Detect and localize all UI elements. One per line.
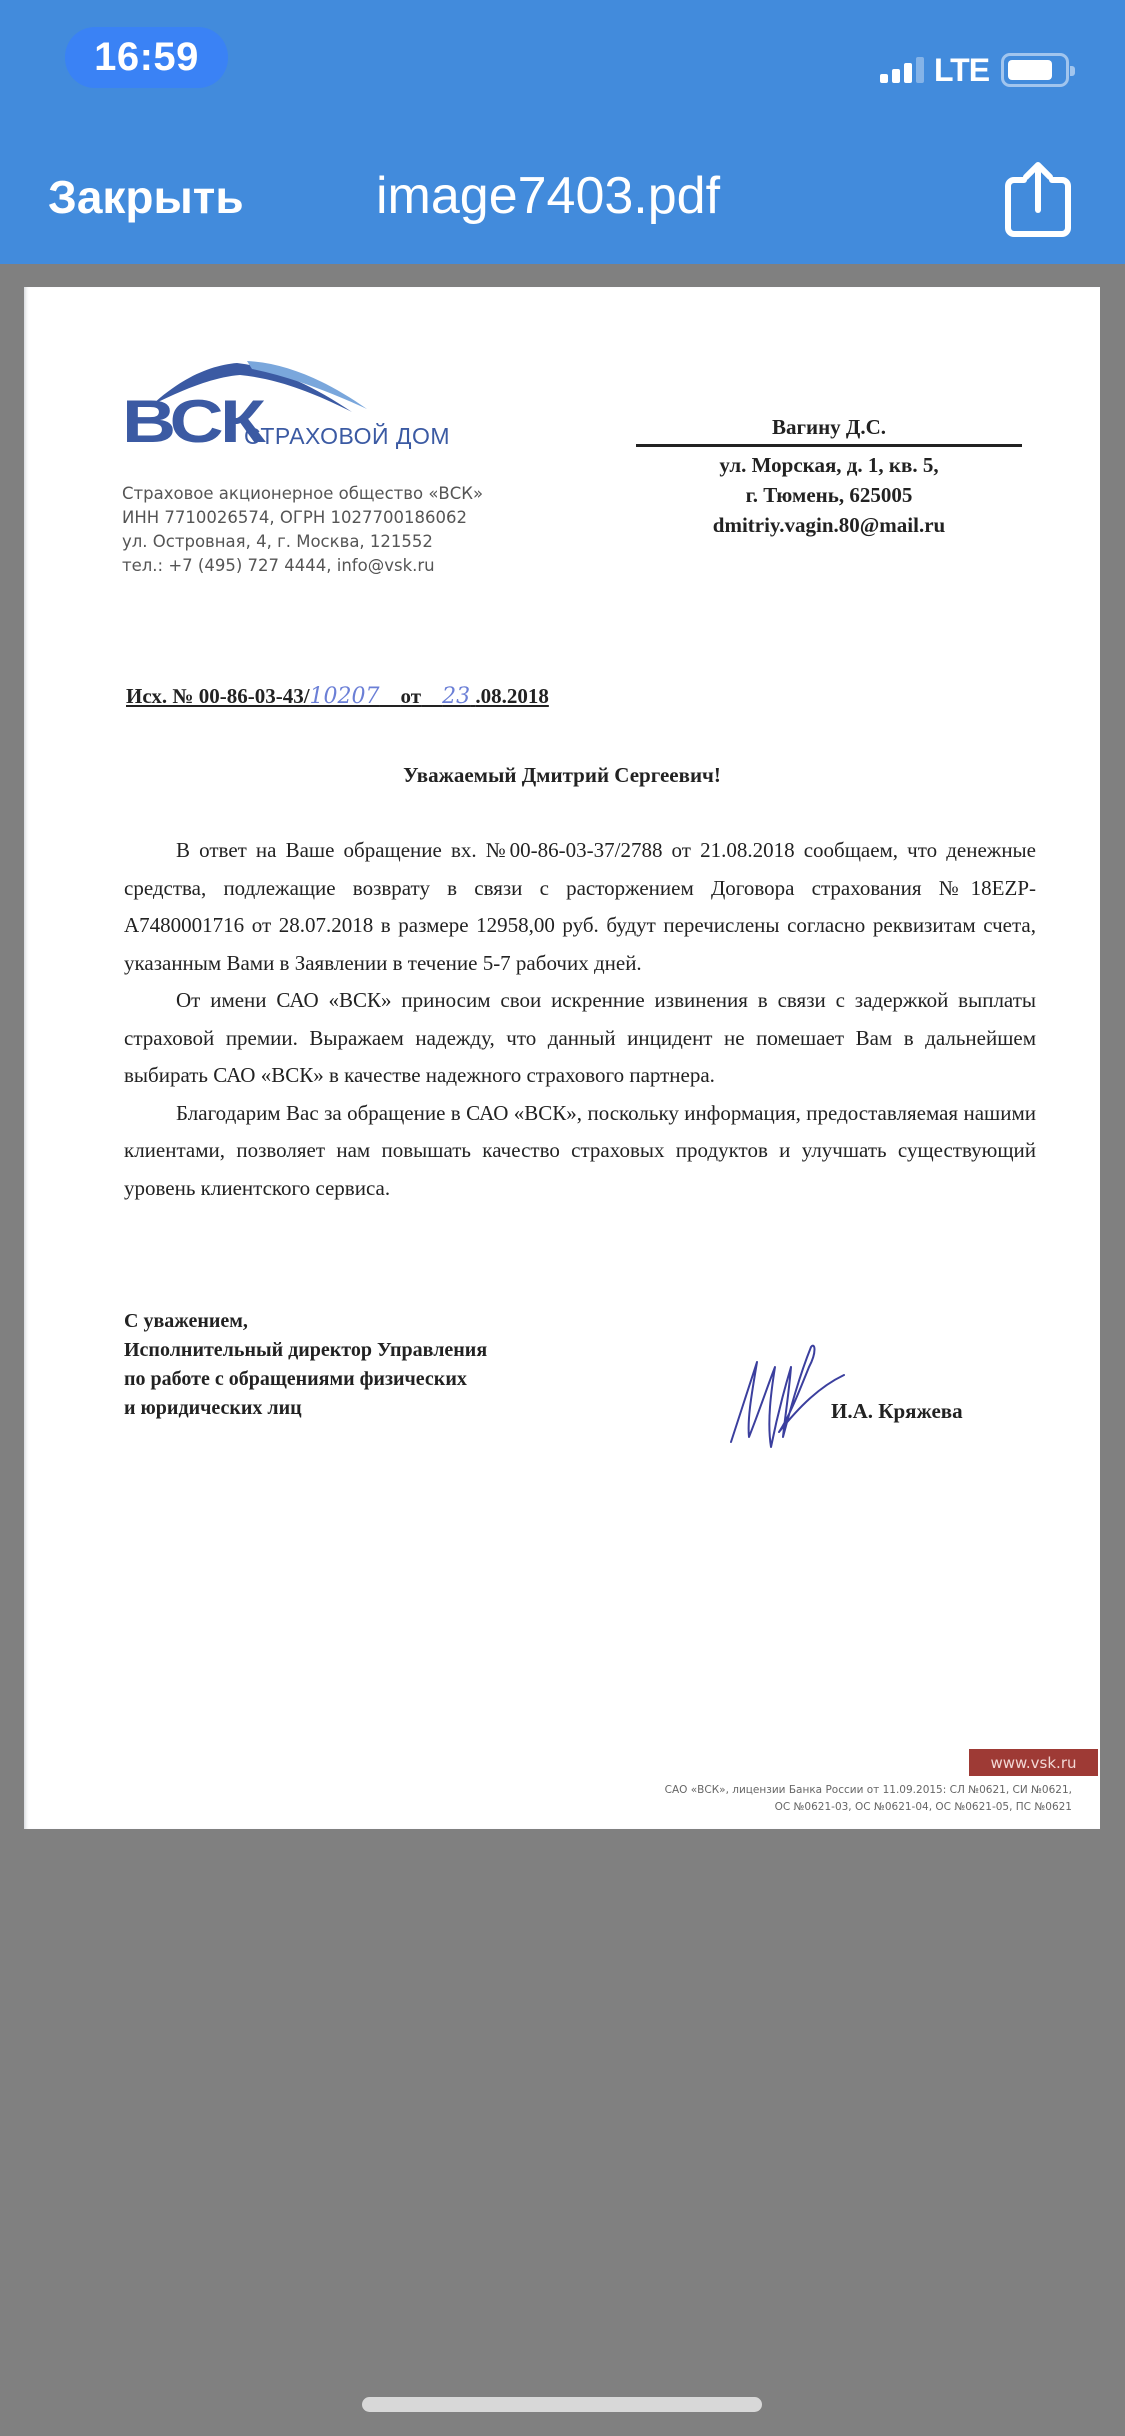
outgoing-reference: Исх. № 00-86-03-43/10207 от 23 .08.2018 <box>126 684 549 709</box>
recipient-address-line: г. Тюмень, 625005 <box>636 480 1022 510</box>
signature-icon <box>719 1337 849 1457</box>
cellular-signal-icon <box>880 57 924 83</box>
company-info: Страховое акционерное общество «ВСК» ИНН… <box>122 482 483 578</box>
logo-mark: ВСК <box>122 395 262 449</box>
battery-icon <box>1001 53 1069 87</box>
recipient-divider <box>636 444 1022 447</box>
company-logo: ВСК СТРАХОВОЙ ДОМ <box>122 357 462 457</box>
close-button[interactable]: Закрыть <box>48 170 244 224</box>
greeting: Уважаемый Дмитрий Сергеевич! <box>24 763 1100 788</box>
recipient-block: Вагину Д.С. ул. Морская, д. 1, кв. 5, г.… <box>636 412 1022 540</box>
recipient-email: dmitriy.vagin.80@mail.ru <box>636 510 1022 540</box>
closing-line: Исполнительный директор Управления <box>124 1336 487 1365</box>
paragraph: От имени САО «ВСК» приносим свои искренн… <box>124 982 1036 1095</box>
website-badge: www.vsk.ru <box>969 1749 1098 1776</box>
share-icon <box>1000 158 1076 240</box>
logo-subtitle: СТРАХОВОЙ ДОМ <box>244 423 450 450</box>
handwritten-number: 10207 <box>310 684 380 709</box>
company-info-line: ИНН 7710026574, ОГРН 1027700186062 <box>122 506 483 530</box>
license-line: ОС №0621-03, ОС №0621-04, ОС №0621-05, П… <box>665 1799 1072 1816</box>
outgoing-prefix: Исх. № 00-86-03-43/ <box>126 684 310 708</box>
closing-line: и юридических лиц <box>124 1394 487 1423</box>
status-indicators: LTE <box>880 52 1069 88</box>
letter-body: В ответ на Ваше обращение вх. №00-86-03-… <box>124 832 1036 1207</box>
share-button[interactable] <box>1000 158 1076 240</box>
recipient-address-line: ул. Морская, д. 1, кв. 5, <box>636 450 1022 480</box>
document-title: image7403.pdf <box>376 166 720 226</box>
license-line: САО «ВСК», лицензии Банка России от 11.0… <box>665 1782 1072 1799</box>
paragraph: Благодарим Вас за обращение в САО «ВСК»,… <box>124 1095 1036 1208</box>
network-type: LTE <box>934 52 989 89</box>
pdf-page[interactable]: ВСК СТРАХОВОЙ ДОМ Страховое акционерное … <box>24 287 1100 1829</box>
license-info: САО «ВСК», лицензии Банка России от 11.0… <box>665 1782 1072 1816</box>
status-time: 16:59 <box>65 27 228 88</box>
outgoing-date-suffix: .08.2018 <box>475 684 549 708</box>
handwritten-day: 23 <box>442 684 470 709</box>
navigation-bar: 16:59 LTE Закрыть image7403.pdf <box>0 0 1125 264</box>
signer-name: И.А. Кряжева <box>831 1399 963 1424</box>
recipient-name: Вагину Д.С. <box>636 412 1022 442</box>
closing-line: по работе с обращениями физических <box>124 1365 487 1394</box>
company-info-line: Страховое акционерное общество «ВСК» <box>122 482 483 506</box>
paragraph: В ответ на Ваше обращение вх. №00-86-03-… <box>124 832 1036 982</box>
outgoing-from-label: от <box>401 684 422 708</box>
closing-block: С уважением, Исполнительный директор Упр… <box>124 1307 487 1423</box>
company-info-line: тел.: +7 (495) 727 4444, info@vsk.ru <box>122 554 483 578</box>
home-indicator[interactable] <box>362 2397 762 2412</box>
closing-line: С уважением, <box>124 1307 487 1336</box>
company-info-line: ул. Островная, 4, г. Москва, 121552 <box>122 530 483 554</box>
